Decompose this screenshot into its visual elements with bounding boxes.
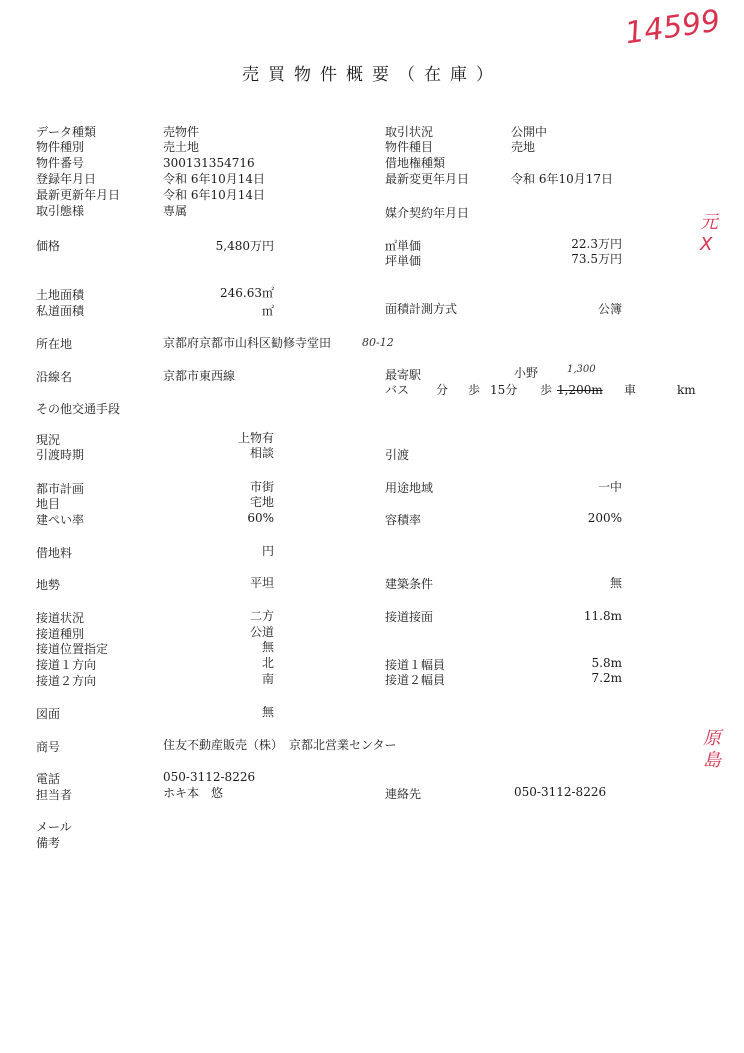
value-road-designation: 無 bbox=[160, 640, 274, 654]
label-unit-price-tsubo: 坪単価 bbox=[385, 254, 421, 268]
value-road-type: 公道 bbox=[160, 625, 274, 639]
value-walk-minutes: 15分 bbox=[490, 383, 517, 397]
value-data-type: 売物件 bbox=[163, 125, 199, 139]
value-property-number: 300131354716 bbox=[163, 156, 255, 170]
value-private-road-area: ㎡ bbox=[160, 304, 274, 318]
value-road1-width: 5.8m bbox=[500, 656, 622, 670]
value-building-condition: 無 bbox=[500, 576, 622, 590]
label-coverage-ratio: 建ぺい率 bbox=[36, 513, 84, 527]
label-delivery: 引渡 bbox=[385, 448, 409, 462]
label-land-area: 土地面積 bbox=[36, 288, 84, 302]
label-property-kind: 物件種別 bbox=[36, 140, 84, 154]
value-coverage-ratio: 60% bbox=[160, 511, 274, 525]
label-registered-date: 登録年月日 bbox=[36, 172, 96, 186]
label-floor-area-ratio: 容積率 bbox=[385, 513, 421, 527]
label-current-status: 現況 bbox=[36, 433, 60, 447]
label-transaction-mode: 取引態様 bbox=[36, 204, 84, 218]
value-line: 京都市東西線 bbox=[163, 369, 235, 383]
label-agent: 担当者 bbox=[36, 788, 72, 802]
label-city-planning: 都市計画 bbox=[36, 482, 84, 496]
value-road2-width: 7.2m bbox=[500, 671, 622, 685]
label-drawing: 図面 bbox=[36, 707, 60, 721]
value-phone: 050-3112-8226 bbox=[163, 770, 255, 784]
value-land-area: 246.63㎡ bbox=[160, 286, 274, 300]
value-use-zone: 一中 bbox=[500, 480, 622, 494]
handwritten-note-right: 元 X bbox=[700, 212, 720, 256]
value-road-frontage: 11.8m bbox=[500, 609, 622, 623]
label-transaction-status: 取引状況 bbox=[385, 125, 433, 139]
value-land-category: 宅地 bbox=[160, 495, 274, 509]
label-road-designation: 接道位置指定 bbox=[36, 642, 108, 656]
value-drawing: 無 bbox=[160, 705, 274, 719]
value-road1-direction: 北 bbox=[160, 656, 274, 670]
value-agent: ホキ本 悠 bbox=[163, 786, 223, 800]
label-updated-date: 最新更新年月日 bbox=[36, 188, 120, 202]
label-line: 沿線名 bbox=[36, 370, 72, 384]
label-bus-minutes: 分 bbox=[436, 383, 448, 397]
value-company: 住友不動産販売（株） 京都北営業センター bbox=[163, 738, 397, 752]
label-nearest-station: 最寄駅 bbox=[385, 368, 421, 382]
value-delivery-time: 相談 bbox=[160, 446, 274, 460]
value-updated-date: 令和 6年10月14日 bbox=[163, 188, 265, 202]
label-use-zone: 用途地域 bbox=[385, 481, 433, 495]
value-property-item: 売地 bbox=[511, 140, 535, 154]
label-walk-distance: 歩 bbox=[540, 383, 552, 397]
label-agency-contract-date: 媒介契約年月日 bbox=[385, 206, 469, 220]
label-remarks: 備考 bbox=[36, 836, 60, 850]
label-changed-date: 最新変更年月日 bbox=[385, 172, 469, 186]
handwritten-doc-number: 14599 bbox=[623, 4, 722, 52]
label-land-category: 地目 bbox=[36, 497, 60, 511]
label-road1-direction: 接道１方向 bbox=[36, 658, 96, 672]
value-current-status: 上物有 bbox=[160, 431, 274, 445]
handwritten-signature: 原島 bbox=[703, 728, 725, 772]
label-road1-width: 接道１幅員 bbox=[385, 658, 445, 672]
label-other-transport: その他交通手段 bbox=[36, 402, 120, 416]
value-ground-rent: 円 bbox=[160, 544, 274, 558]
value-unit-price-m2: 22.3万円 bbox=[500, 237, 622, 251]
value-contact: 050-3112-8226 bbox=[514, 785, 606, 799]
label-building-condition: 建築条件 bbox=[385, 577, 433, 591]
value-transaction-mode: 専属 bbox=[163, 204, 187, 218]
value-nearest-station: 小野 bbox=[514, 366, 538, 380]
label-contact: 連絡先 bbox=[385, 787, 421, 801]
value-price: 5,480万円 bbox=[160, 239, 274, 253]
value-city-planning: 市街 bbox=[160, 480, 274, 494]
label-bus: バス bbox=[385, 383, 409, 397]
label-email: メール bbox=[36, 820, 72, 834]
label-private-road-area: 私道面積 bbox=[36, 304, 84, 318]
value-floor-area-ratio: 200% bbox=[500, 511, 622, 525]
label-property-number: 物件番号 bbox=[36, 156, 84, 170]
value-unit-price-tsubo: 73.5万円 bbox=[500, 252, 622, 266]
label-road2-width: 接道２幅員 bbox=[385, 673, 445, 687]
label-road-type: 接道種別 bbox=[36, 627, 84, 641]
label-property-item: 物件種目 bbox=[385, 140, 433, 154]
value-changed-date: 令和 6年10月17日 bbox=[511, 172, 613, 186]
label-measure-method: 面積計測方式 bbox=[385, 302, 457, 316]
label-terrain: 地勢 bbox=[36, 578, 60, 592]
handwritten-address-number: 80-12 bbox=[362, 336, 394, 349]
label-unit-price-m2: ㎡単価 bbox=[385, 239, 421, 253]
label-road-frontage: 接道接面 bbox=[385, 610, 433, 624]
value-transaction-status: 公開中 bbox=[511, 125, 547, 139]
label-road2-direction: 接道２方向 bbox=[36, 674, 96, 688]
value-walk-distance: 1,200m bbox=[557, 383, 603, 397]
value-registered-date: 令和 6年10月14日 bbox=[163, 172, 265, 186]
value-road-status: 二方 bbox=[160, 609, 274, 623]
label-price: 価格 bbox=[36, 239, 60, 253]
value-measure-method: 公簿 bbox=[500, 302, 622, 316]
page-title: 売買物件概要（在庫） bbox=[0, 60, 744, 85]
label-ground-rent: 借地料 bbox=[36, 546, 72, 560]
label-company: 商号 bbox=[36, 740, 60, 754]
label-car: 車 bbox=[624, 383, 636, 397]
value-road2-direction: 南 bbox=[160, 672, 274, 686]
label-car-km: km bbox=[677, 383, 696, 397]
value-location: 京都府京都市山科区勧修寺堂田 bbox=[163, 336, 331, 350]
label-leasehold-type: 借地権種類 bbox=[385, 156, 445, 170]
label-walk: 歩 bbox=[468, 383, 480, 397]
label-location: 所在地 bbox=[36, 337, 72, 351]
label-road-status: 接道状況 bbox=[36, 611, 84, 625]
handwritten-distance: 1,300 bbox=[567, 364, 596, 375]
value-terrain: 平坦 bbox=[160, 576, 274, 590]
value-property-kind: 売土地 bbox=[163, 140, 199, 154]
label-delivery-time: 引渡時期 bbox=[36, 448, 84, 462]
label-phone: 電話 bbox=[36, 772, 60, 786]
label-data-type: データ種類 bbox=[36, 125, 96, 139]
